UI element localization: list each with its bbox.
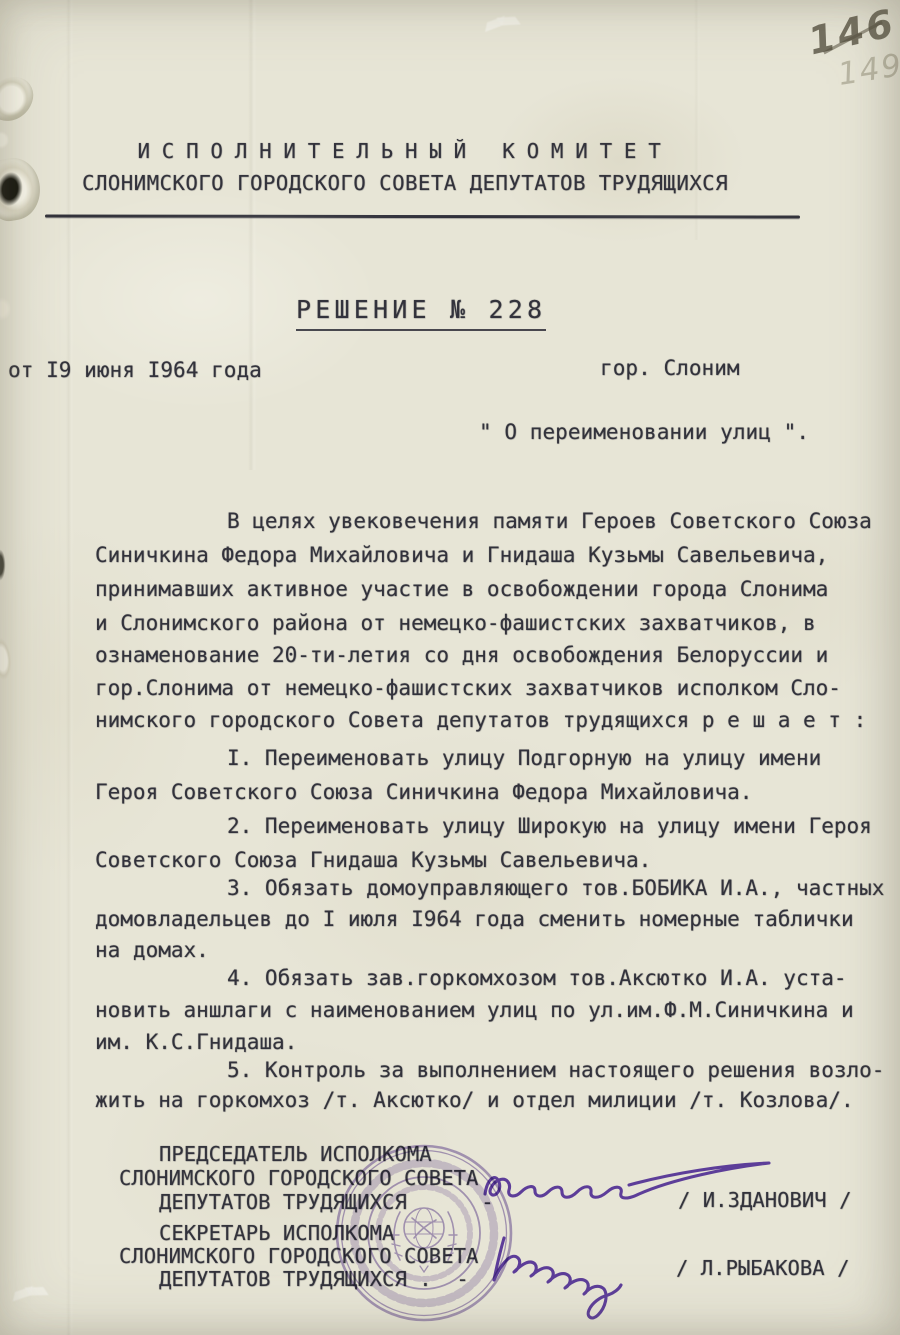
decision-place: гор. Слоним <box>600 356 740 380</box>
body-line: Синичкина Федора Михайловича и Гнидаша К… <box>95 539 885 571</box>
decision-subject: " О переименовании улиц ". <box>479 420 809 444</box>
body-line: гор.Слонима от немецко-фашистских захват… <box>95 672 885 704</box>
body-line: В целях увековечения памяти Героев Совет… <box>95 505 900 537</box>
body-line: Героя Советского Союза Синичкина Федора … <box>95 776 885 808</box>
paper-crease <box>248 0 257 470</box>
letterhead-line2: СЛОНИМСКОГО ГОРОДСКОГО СОВЕТА ДЕПУТАТОВ … <box>60 171 750 195</box>
torn-hole <box>0 71 38 128</box>
body-line: новить аншлаги с наименованием улиц по у… <box>95 994 885 1026</box>
body-line: жить на горкомхоз /т. Аксютко/ и отдел м… <box>95 1084 885 1116</box>
signature-rybakova-ink <box>494 1238 621 1318</box>
scan-watermark-icon <box>13 1279 47 1303</box>
letterhead-line1: ИСПОЛНИТЕЛЬНЫЙ КОМИТЕТ <box>60 139 750 163</box>
paper-crease <box>66 0 74 1335</box>
body-line: 3. Обязать домоуправляющего тов.БОБИКА И… <box>95 872 900 904</box>
decision-title: РЕШЕНИЕ № 228 <box>296 295 546 331</box>
torn-chip <box>0 635 14 683</box>
scan-watermark-icon <box>484 9 518 34</box>
torn-chip <box>0 296 12 322</box>
signature-zdanovich-ink <box>485 1163 769 1198</box>
body-line: ознаменование 20-ти-летия со дня освобож… <box>95 639 885 671</box>
punch-hole-dark <box>0 168 27 210</box>
body-line: 2. Переименовать улицу Широкую на улицу … <box>95 810 900 842</box>
body-line: нимского городского Совета депутатов тру… <box>95 704 885 736</box>
body-line: 4. Обязать зав.горкомхозом тов.Аксютко И… <box>95 962 900 994</box>
body-line: принимавших активное участие в освобожде… <box>95 573 885 605</box>
decision-date: от I9 июня I964 года <box>8 358 262 382</box>
body-line: и Слонимского района от немецко-фашистск… <box>95 607 885 639</box>
paper-crease <box>694 0 701 240</box>
handwritten-signatures <box>440 1130 800 1320</box>
body-line: домовладельцев до I июля I964 года смени… <box>95 903 885 935</box>
torn-hole <box>0 154 45 224</box>
letterhead-rule <box>45 214 800 218</box>
body-line: 5. Контроль за выполнением настоящего ре… <box>95 1054 900 1086</box>
edge-mark-dark <box>0 548 6 582</box>
torn-chip <box>0 130 10 150</box>
body-line: I. Переименовать улицу Подгорную на улиц… <box>95 742 900 774</box>
scanned-decree-page: 146 149 ИСПОЛНИТЕЛЬНЫЙ КОМИТЕТ СЛОНИМСКО… <box>0 0 900 1335</box>
